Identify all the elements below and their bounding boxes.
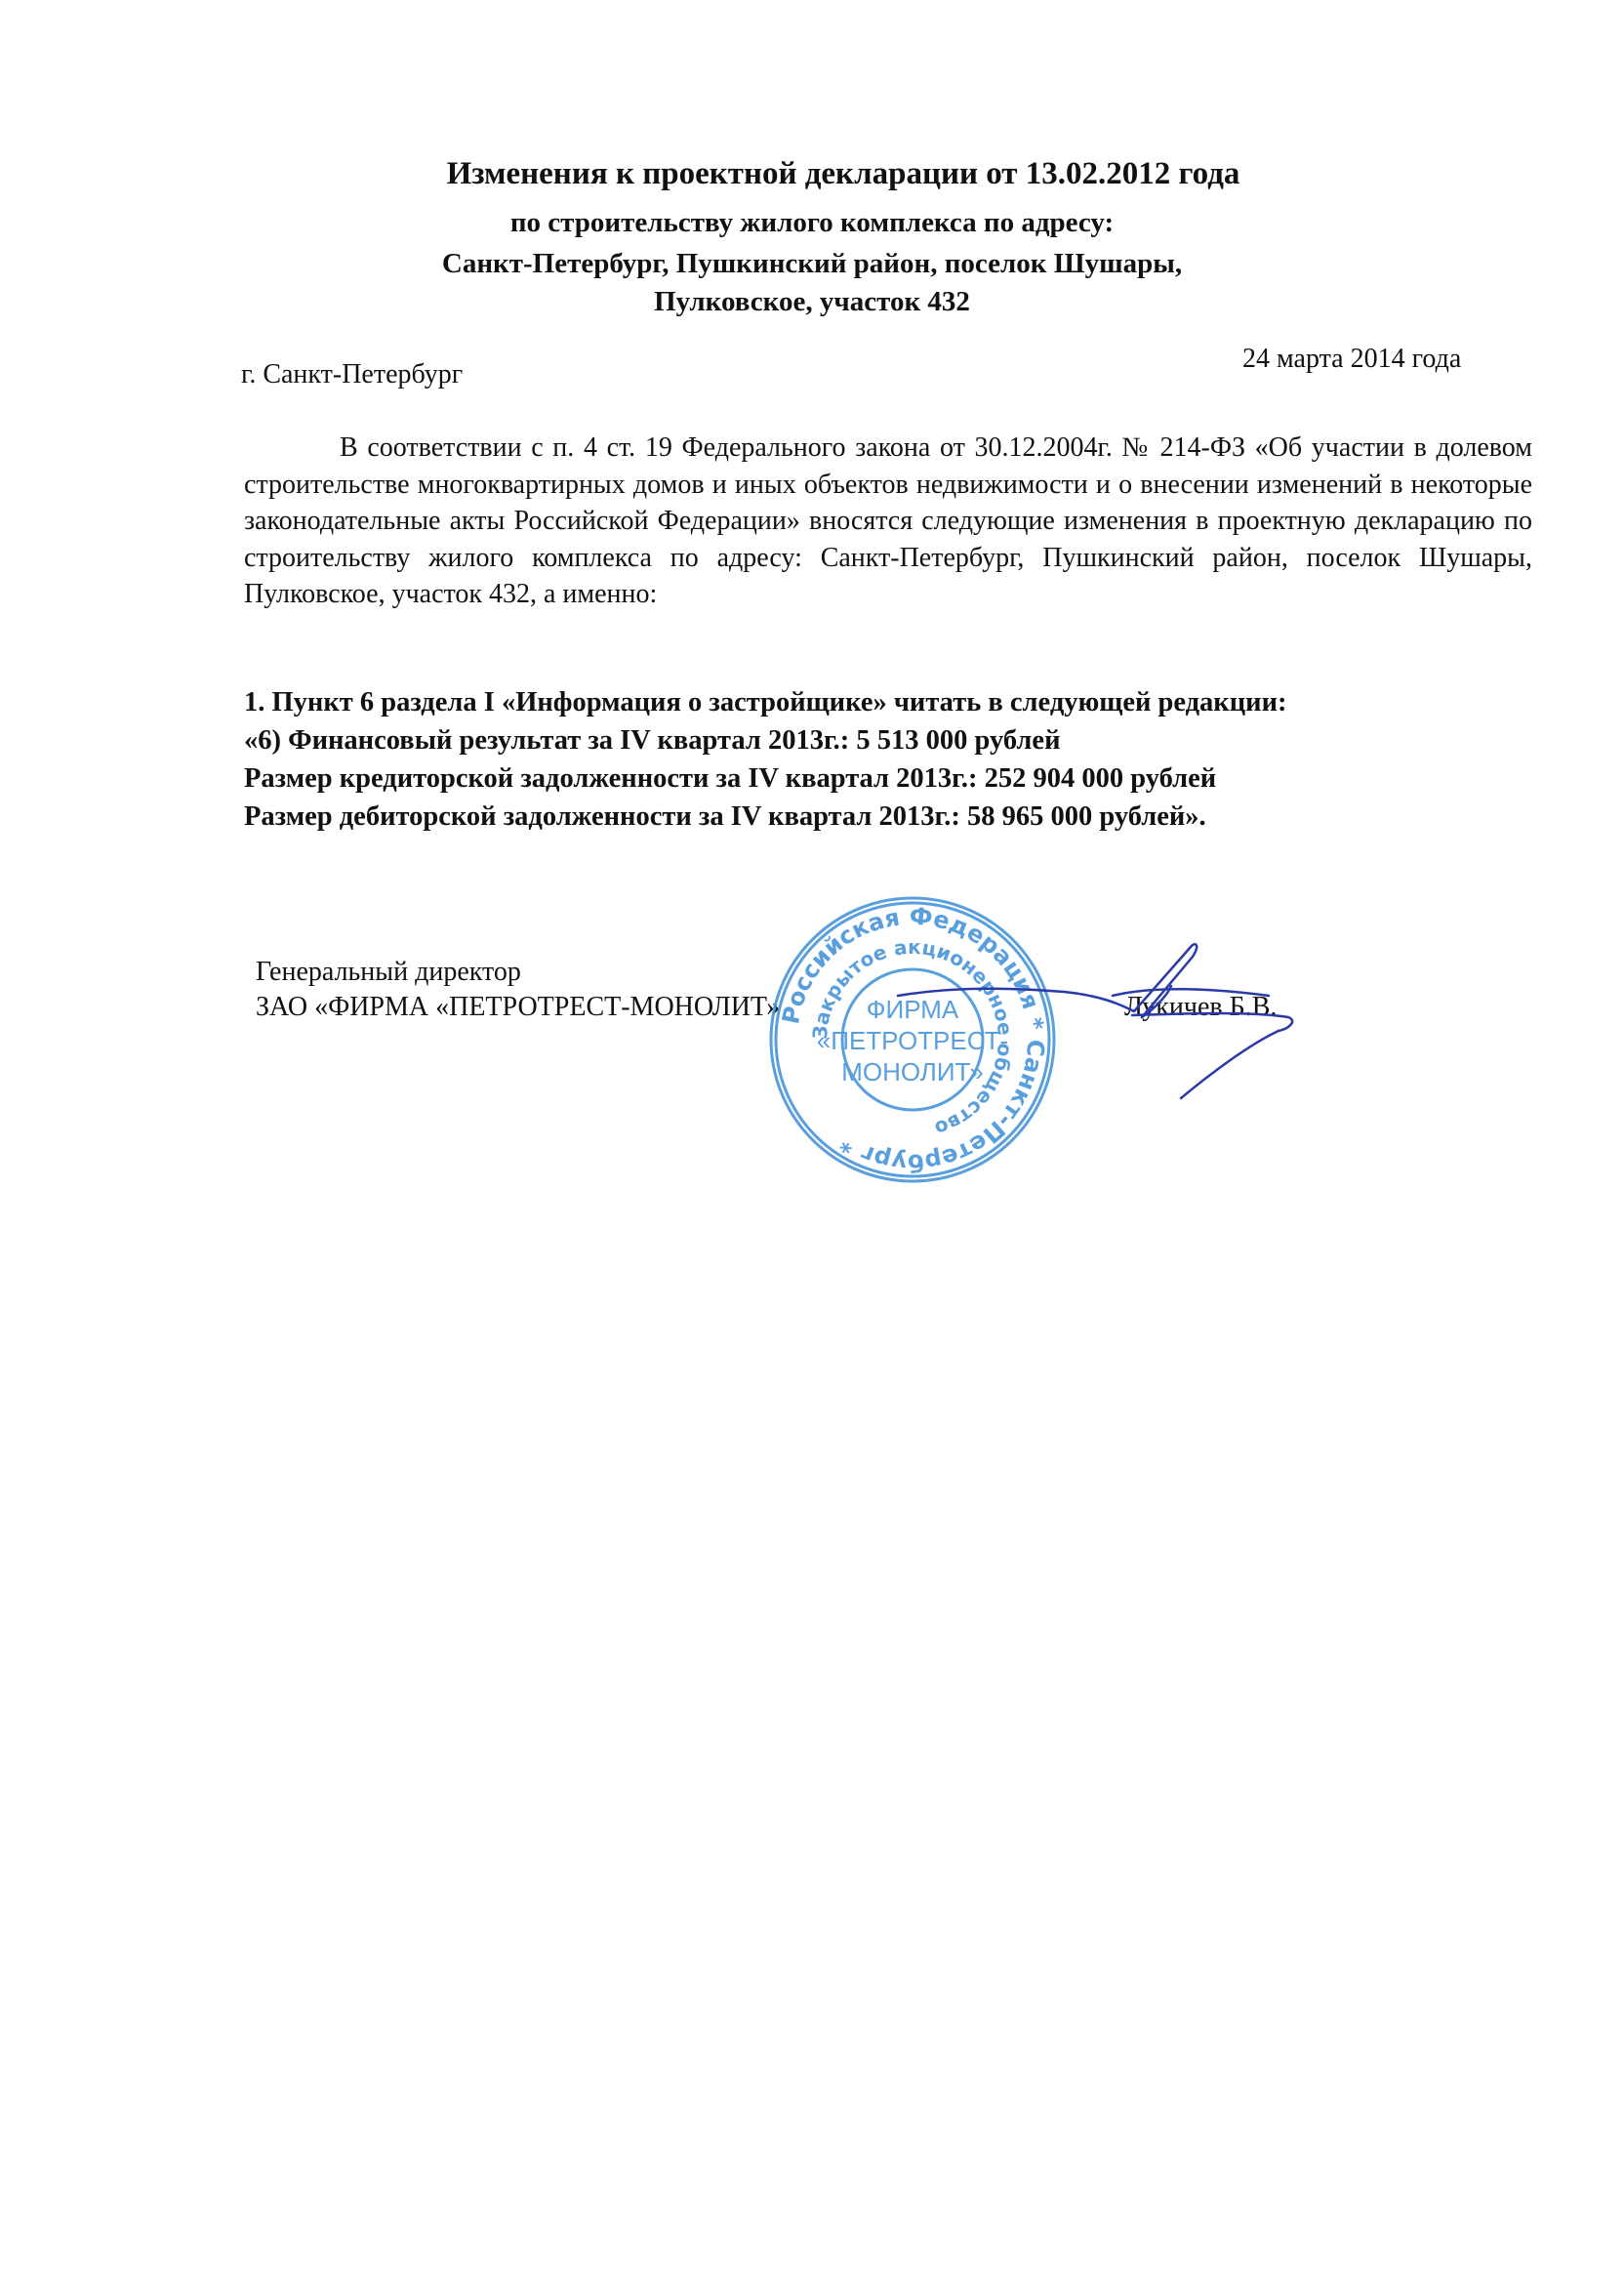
signatory-role: Генеральный директор bbox=[256, 957, 521, 988]
document-page: Изменения к проектной декларации от 13.0… bbox=[0, 0, 1624, 2296]
subtitle-line-1: по строительству жилого комплекса по адр… bbox=[0, 207, 1624, 239]
change-item: Размер дебиторской задолженности за IV к… bbox=[244, 798, 1542, 836]
signatory-company: ЗАО «ФИРМА «ПЕТРОТРЕСТ-МОНОЛИТ» bbox=[256, 992, 780, 1023]
change-item: «6) Финансовый результат за IV квартал 2… bbox=[244, 721, 1542, 759]
changes-list: 1. Пункт 6 раздела I «Информация о застр… bbox=[244, 683, 1542, 836]
document-city: г. Санкт-Петербург bbox=[241, 359, 463, 390]
body-paragraph: В соответствии с п. 4 ст. 19 Федеральног… bbox=[244, 430, 1532, 613]
subtitle-line-3: Пулковское, участок 432 bbox=[0, 286, 1624, 318]
document-date: 24 марта 2014 года bbox=[1242, 344, 1461, 375]
change-item: 1. Пункт 6 раздела I «Информация о застр… bbox=[244, 683, 1542, 721]
document-title-text: Изменения к проектной декларации от 13.0… bbox=[447, 156, 1240, 192]
document-title: Изменения к проектной декларации от 13.0… bbox=[0, 156, 1624, 192]
change-item: Размер кредиторской задолженности за IV … bbox=[244, 759, 1542, 798]
subtitle-line-2: Санкт-Петербург, Пушкинский район, посел… bbox=[0, 248, 1624, 280]
handwritten-signature-icon bbox=[878, 927, 1386, 1123]
